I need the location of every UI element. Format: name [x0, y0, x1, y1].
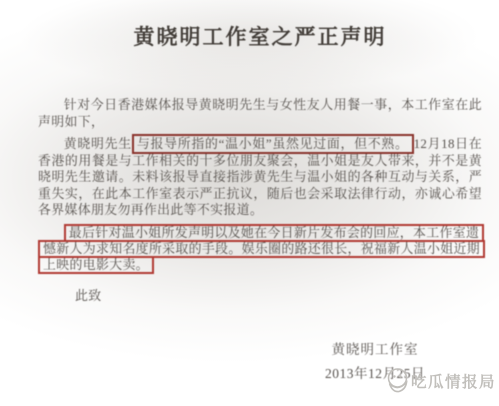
- watermark-label: 吃瓜情报局: [411, 370, 496, 392]
- document-scan: 黄晓明工作室之严正声明 针对今日香港媒体报导黄晓明先生与女性友人用餐一事，本工作…: [0, 0, 499, 406]
- salutation: 此致: [75, 288, 101, 305]
- statement-title: 黄晓明工作室之严正声明: [38, 24, 482, 50]
- highlight-box-meeting: 与报导所指的“温小姐”虽然见过面，但不熟。: [132, 134, 414, 154]
- watermark: 吃瓜情报局: [385, 366, 496, 396]
- melon-face-icon: [385, 366, 412, 396]
- intro-text: 针对今日香港媒体报导黄晓明先生与女性友人用餐一事，本工作室在此声明如下，: [38, 98, 482, 129]
- body-paragraph: 黄晓明先生与报导所指的“温小姐”虽然见过面，但不熟。12月18日在香港的用餐是与…: [38, 136, 482, 219]
- statement-document: 黄晓明工作室之严正声明 针对今日香港媒体报导黄晓明先生与女性友人用餐一事，本工作…: [38, 20, 482, 273]
- highlight-box-final: 最后针对温小姐所发声明以及她在今日新片发布会的回应，本工作室遗憾新人为求知名度所…: [38, 224, 485, 274]
- signature-name: 黄晓明工作室: [300, 342, 450, 359]
- body-text-before: 黄晓明先生: [64, 137, 132, 151]
- final-paragraph: 最后针对温小姐所发声明以及她在今日新片发布会的回应，本工作室遗憾新人为求知名度所…: [38, 225, 482, 273]
- intro-paragraph: 针对今日香港媒体报导黄晓明先生与女性友人用餐一事，本工作室在此声明如下，: [38, 97, 482, 130]
